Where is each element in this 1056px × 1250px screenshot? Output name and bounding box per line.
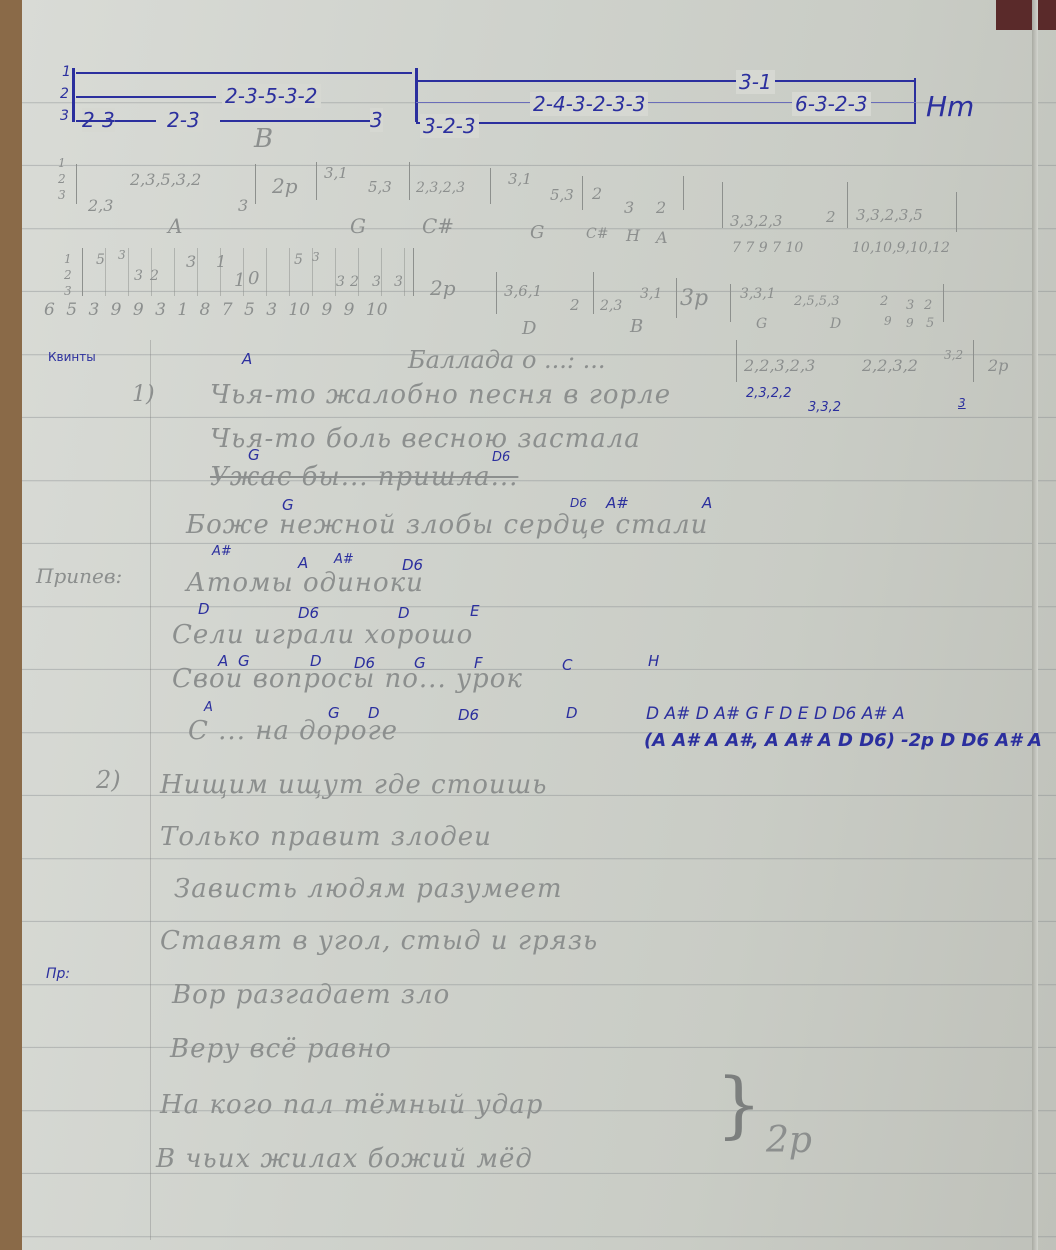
chorus-label: Пр: xyxy=(46,966,70,982)
chorus-label: Припев: xyxy=(36,564,122,588)
tab-notes: 2-3 xyxy=(164,108,203,132)
tab-string-line xyxy=(416,122,916,124)
tab-cell: 1 xyxy=(234,270,245,291)
tab-string-line xyxy=(416,80,916,82)
lyric-line: Зависть людям разумеет xyxy=(174,874,563,904)
lyric-line: В чьих жилах божий мёд xyxy=(156,1144,533,1174)
tab-notes: 3 xyxy=(370,108,383,132)
chord-label: B xyxy=(630,316,643,337)
chord-label: D xyxy=(522,318,536,339)
tab-cell: 3 xyxy=(312,250,320,264)
tab-notes: 3,6,1 xyxy=(504,282,542,300)
tab-notes: 3,1 xyxy=(640,286,662,302)
tab-notes: 3,3,1 xyxy=(740,286,776,302)
tab-notes: 3 xyxy=(624,198,634,217)
lyric-line: Только правит злодеи xyxy=(160,822,492,852)
tab-notes: 9 xyxy=(884,314,892,328)
chord-label: A xyxy=(656,228,668,247)
tab-notes: 2,5,5,3 xyxy=(794,294,839,309)
tab-cell: 3 xyxy=(118,248,126,262)
lyric-line: Нищим ищут где стоишь xyxy=(160,770,547,800)
chord: A xyxy=(242,350,252,368)
fret-numbers: 7 7 9 7 10 xyxy=(732,240,803,256)
chord: A xyxy=(204,700,213,715)
tab-notes: 6-3-2-3 xyxy=(792,92,871,116)
tab-string-line xyxy=(76,96,216,98)
chord-label: G xyxy=(530,222,544,243)
lyric-line: Чья-то жалобно песня в горле xyxy=(210,380,671,410)
lyric-line: Атомы одиноки xyxy=(186,568,424,598)
chord-label: C# xyxy=(586,226,608,242)
chord: E xyxy=(470,602,479,620)
tab-cell: 5 xyxy=(96,252,105,268)
tab-notes-blue: 2,3,2,2 xyxy=(746,386,791,401)
tab-string-line xyxy=(76,72,412,74)
tab-notes: 3 xyxy=(238,196,248,215)
string-number: 1 xyxy=(62,64,71,80)
tab-notes: 3-2-3 xyxy=(420,114,479,138)
chord: D6 xyxy=(570,496,587,510)
lyric-line: Сели играли хорошо xyxy=(172,620,473,650)
tab-notes: 5,3 xyxy=(368,178,392,196)
tab-notes: 2 xyxy=(880,294,888,309)
fret-numbers: 6 5 3 9 9 3 1 8 7 5 3 10 9 9 10 xyxy=(44,300,388,320)
lyric-line: Вор разгадает зло xyxy=(172,980,450,1010)
tab-notes: 3,1 xyxy=(508,170,532,188)
lyric-line: Чья-то боль весною застала xyxy=(210,424,641,454)
notebook-cover-corner xyxy=(996,0,1056,30)
verse-number: 2) xyxy=(96,766,121,794)
chord: D xyxy=(566,704,578,722)
string-number: 2 xyxy=(58,172,66,186)
section-label-intro: Квинты xyxy=(48,350,96,364)
string-number: 1 xyxy=(58,156,66,170)
tab-cell: 2 xyxy=(150,268,159,284)
tab-notes: 5 xyxy=(926,316,934,331)
page-fold xyxy=(1032,0,1038,1250)
tab-notes: 2-4-3-2-3-3 xyxy=(530,92,648,116)
chord-label: D xyxy=(830,316,841,332)
chord-label: H xyxy=(626,226,640,245)
tab-notes: 2 xyxy=(826,208,836,226)
string-number: 2 xyxy=(64,268,72,282)
margin-line xyxy=(150,340,151,1240)
tab-cell: 3 xyxy=(336,274,345,290)
repeat-mark: 2p xyxy=(272,174,298,198)
string-number: 3 xyxy=(58,188,66,202)
chord: A# xyxy=(334,552,354,567)
string-number: 2 xyxy=(60,86,69,102)
lyric-line: Свои вопросы по... урок xyxy=(172,664,523,694)
tab-notes: 2 xyxy=(924,298,932,313)
tab-notes: 2,2,3,2 xyxy=(862,356,918,375)
tab-notes-blue: 3 xyxy=(958,396,966,410)
repeat-mark: 2p xyxy=(430,276,456,300)
tab-notes: 3,1 xyxy=(324,164,348,182)
chord-label: G xyxy=(756,316,767,332)
tab-cell: 3 xyxy=(134,268,143,284)
lyric-line: С ... на дороге xyxy=(188,716,398,746)
tab-notes: 2,3,2,3 xyxy=(416,180,465,196)
lyric-line: Ставят в угол, стыд и грязь xyxy=(160,926,598,956)
string-number: 3 xyxy=(64,284,72,298)
chord-label: B xyxy=(254,124,273,154)
tab-notes: 3,2 xyxy=(944,348,963,362)
chord-label: G xyxy=(350,214,366,238)
tab-notes: 2,3 xyxy=(600,298,622,314)
lyric-line: На кого пал тёмный удар xyxy=(160,1090,543,1120)
tab-cell: 3 xyxy=(186,252,196,271)
chord: D6 xyxy=(458,706,479,724)
lyric-line: Веру всё равно xyxy=(170,1034,392,1064)
tab-cell: 0 xyxy=(248,268,259,289)
outro-chords: D A# D A# G F D E D D6 A# A xyxy=(646,704,905,724)
tab-notes: 2 xyxy=(656,198,666,217)
chord-label: C# xyxy=(422,214,454,238)
chord: A# xyxy=(212,544,232,559)
song-title: Баллада о ...: ... xyxy=(408,346,606,374)
lyric-line-crossed: Ужас бы... пришла... xyxy=(210,462,518,492)
repeat-mark: 2p xyxy=(766,1120,812,1161)
tab-notes: 3 xyxy=(906,298,914,313)
repeat-mark: 3p xyxy=(680,286,708,311)
desk-surface xyxy=(0,0,22,1250)
tab-cell: 3 xyxy=(394,274,403,290)
tab-notes-crossed: 2-3 xyxy=(82,108,115,132)
tab-notes: 2 xyxy=(570,296,580,314)
brace-icon: } xyxy=(716,1062,762,1146)
tab-cell: 5 xyxy=(294,252,303,268)
outro-chords: (A A# A A#, A A# A D D6) -2p D D6 A# A xyxy=(644,730,1042,751)
chord-label: A xyxy=(168,214,182,238)
chord: C xyxy=(562,656,572,674)
tab-notes-blue: 3,3,2 xyxy=(808,400,841,415)
string-number: 3 xyxy=(60,108,69,124)
chord-label: Hm xyxy=(926,90,974,123)
tab-notes: 2-3-5-3-2 xyxy=(222,84,321,108)
tab-cell: 2 xyxy=(350,274,359,290)
chord: D xyxy=(198,600,210,618)
tab-cell: 3 xyxy=(372,274,381,290)
lyric-line: Боже нежной злобы сердце стали xyxy=(186,510,708,540)
fret-numbers: 10,10,9,10,12 xyxy=(852,240,950,256)
repeat-mark: 2p xyxy=(988,356,1008,375)
tab-notes: 2,2,3,2,3 xyxy=(744,356,815,375)
tab-cell: 1 xyxy=(216,252,226,271)
tab-notes: 3,3,2,3,5 xyxy=(856,206,923,224)
tab-notes: 5,3 xyxy=(550,186,574,204)
tab-notes: 3-1 xyxy=(736,70,775,94)
tab-notes: 2 xyxy=(592,184,602,203)
tab-notes: 2,3 xyxy=(88,196,113,215)
tab-notes: 9 xyxy=(906,316,914,330)
string-number: 1 xyxy=(64,252,72,266)
tab-notes: 2,3,5,3,2 xyxy=(130,170,201,189)
tab-string-line xyxy=(220,120,370,122)
tab-notes: 3,3,2,3 xyxy=(730,212,782,230)
chord: H xyxy=(648,652,659,670)
verse-number: 1) xyxy=(132,382,155,407)
